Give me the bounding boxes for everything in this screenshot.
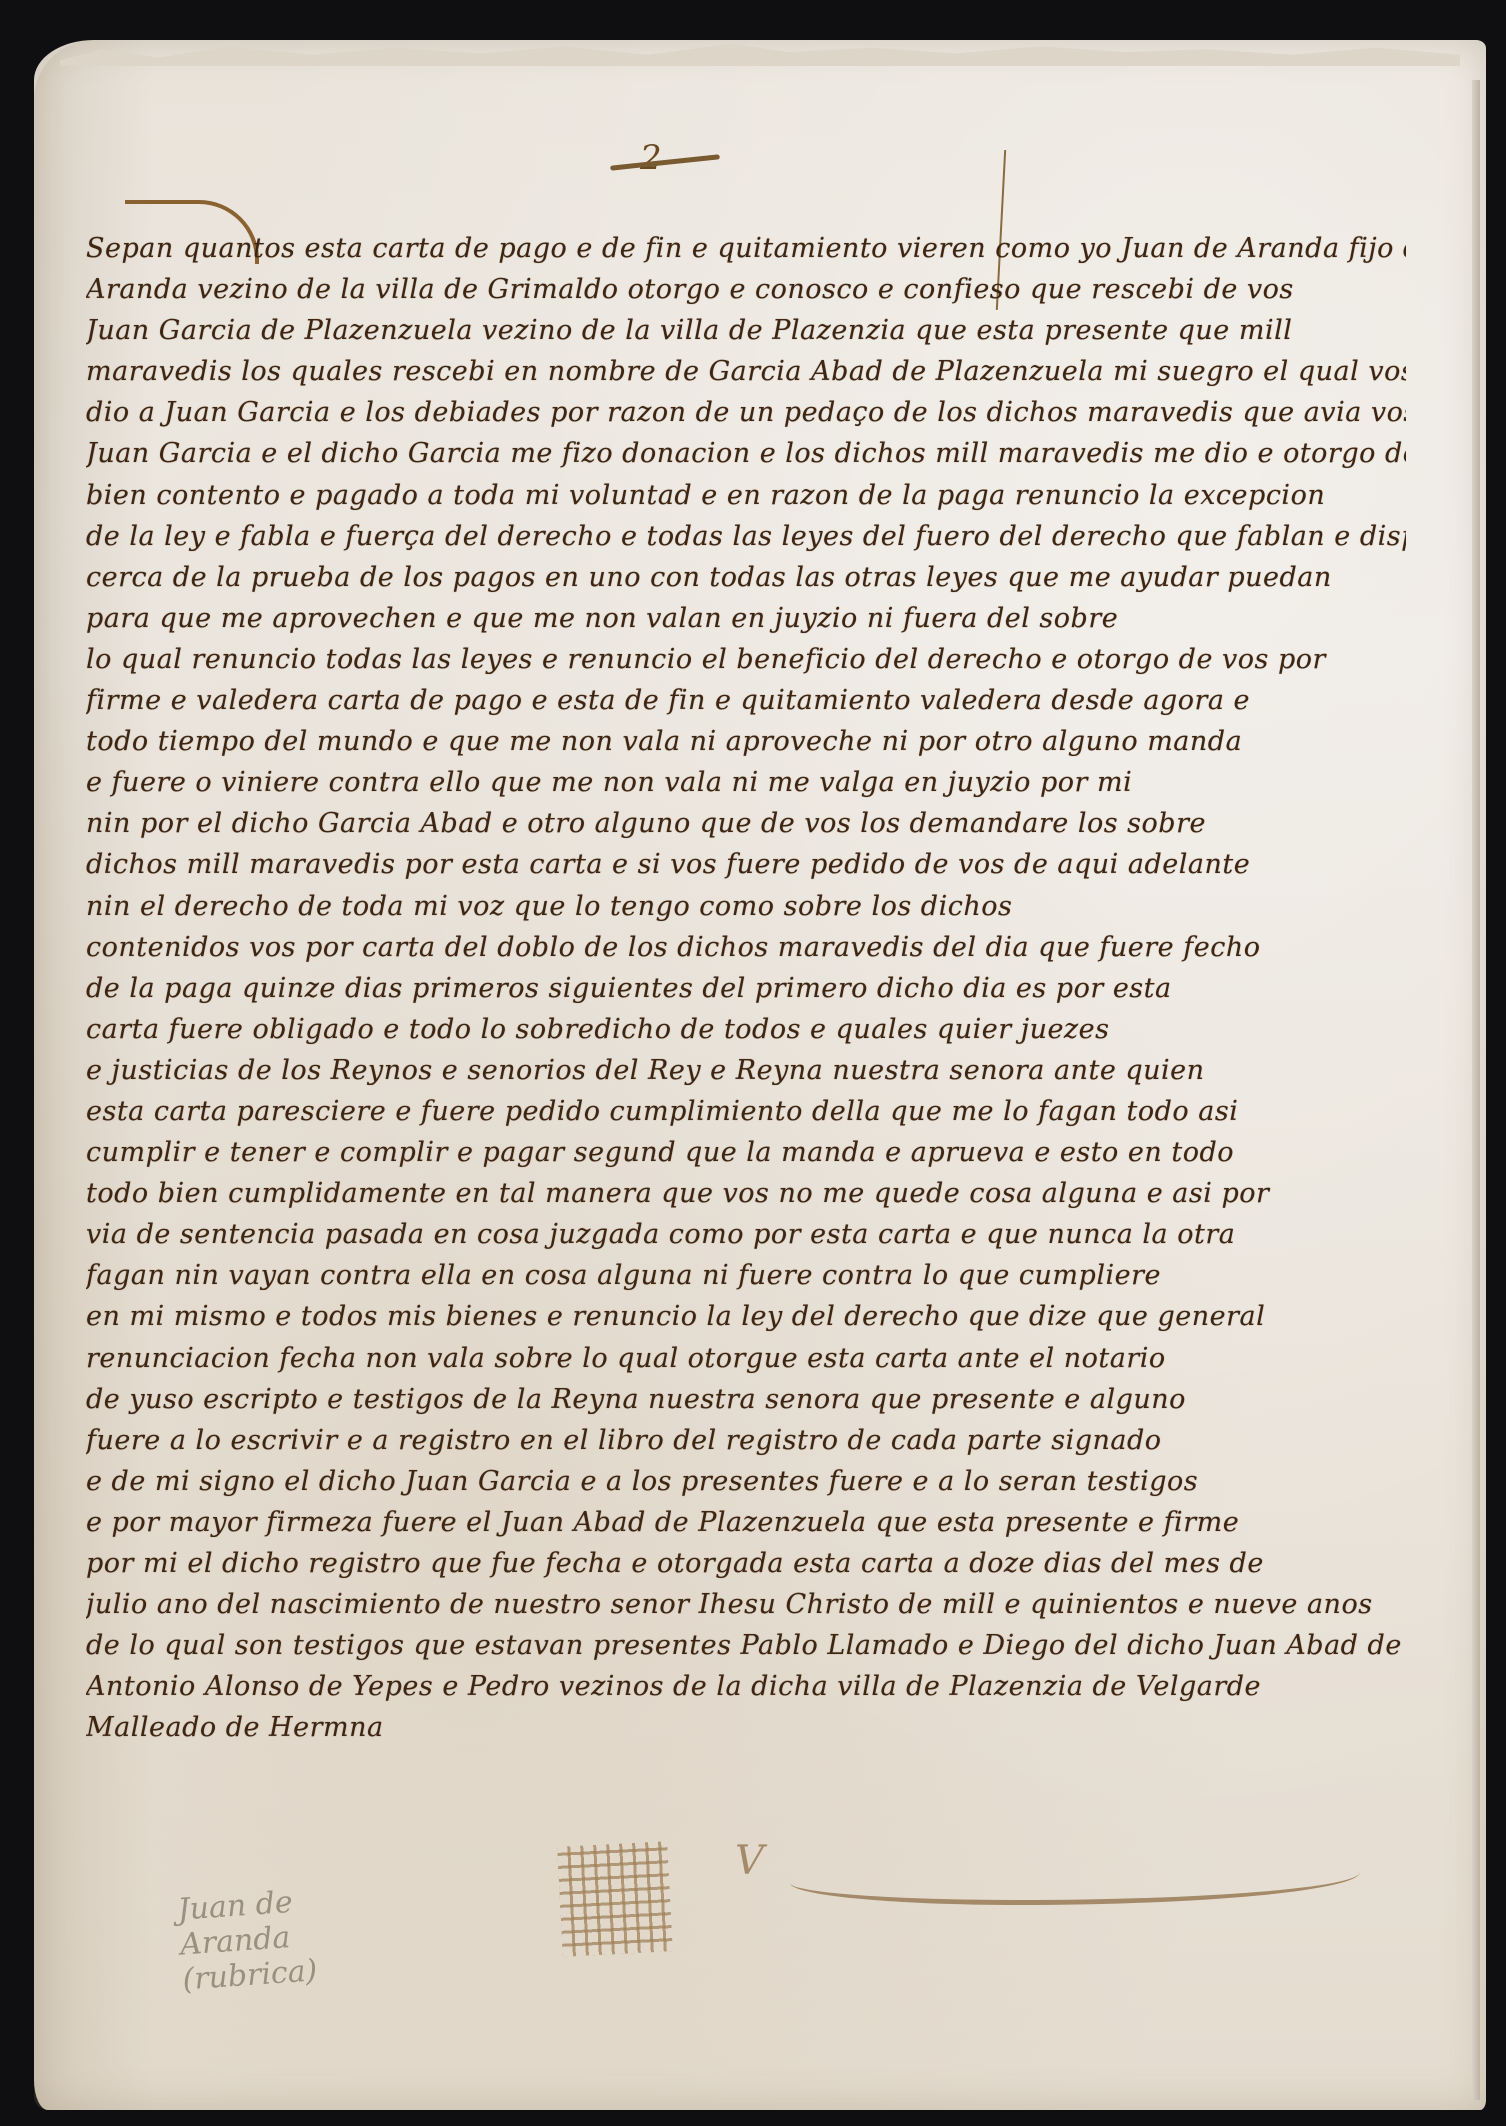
notarial-sign xyxy=(557,1841,673,1957)
manuscript-line: Juan Garcia de Plazenzuela vezino de la … xyxy=(86,310,1406,351)
manuscript-line: cerca de la prueba de los pagos en uno c… xyxy=(86,557,1406,598)
manuscript-line: e justicias de los Reynos e senorios del… xyxy=(86,1050,1406,1091)
manuscript-line: bien contento e pagado a toda mi volunta… xyxy=(86,475,1406,516)
manuscript-line: nin por el dicho Garcia Abad e otro algu… xyxy=(86,803,1406,844)
manuscript-line: cumplir e tener e complir e pagar segund… xyxy=(86,1132,1406,1173)
manuscript-line: renunciacion fecha non vala sobre lo qua… xyxy=(86,1338,1406,1379)
manuscript-line: dio a Juan Garcia e los debiades por raz… xyxy=(86,392,1406,433)
manuscript-line: esta carta paresciere e fuere pedido cum… xyxy=(86,1091,1406,1132)
manuscript-line: julio ano del nascimiento de nuestro sen… xyxy=(86,1584,1406,1625)
manuscript-line: en mi mismo e todos mis bienes e renunci… xyxy=(86,1296,1406,1337)
manuscript-line: de lo qual son testigos que estavan pres… xyxy=(86,1625,1406,1666)
manuscript-line: por mi el dicho registro que fue fecha e… xyxy=(86,1543,1406,1584)
manuscript-line: maravedis los quales rescebi en nombre d… xyxy=(86,351,1406,392)
manuscript-line: para que me aprovechen e que me non vala… xyxy=(86,598,1406,639)
manuscript-line: e fuere o viniere contra ello que me non… xyxy=(86,762,1406,803)
manuscript-line: lo qual renuncio todas las leyes e renun… xyxy=(86,639,1406,680)
manuscript-line: contenidos vos por carta del doblo de lo… xyxy=(86,927,1406,968)
manuscript-line: Aranda vezino de la villa de Grimaldo ot… xyxy=(86,269,1406,310)
manuscript-line: todo bien cumplidamente en tal manera qu… xyxy=(86,1173,1406,1214)
manuscript-line: dichos mill maravedis por esta carta e s… xyxy=(86,844,1406,885)
manuscript-line: de la ley e fabla e fuerça del derecho e… xyxy=(86,516,1406,557)
manuscript-text: Sepan quantos esta carta de pago e de fi… xyxy=(86,228,1406,1748)
manuscript-line: Juan Garcia e el dicho Garcia me fizo do… xyxy=(86,433,1406,474)
page-edge xyxy=(1472,80,1480,2100)
manuscript-line: e por mayor firmeza fuere el Juan Abad d… xyxy=(86,1502,1406,1543)
manuscript-line: de la paga quinze dias primeros siguient… xyxy=(86,968,1406,1009)
manuscript-line: Malleado de Hermna xyxy=(86,1707,1406,1748)
manuscript-line: Antonio Alonso de Yepes e Pedro vezinos … xyxy=(86,1666,1406,1707)
manuscript-line: de yuso escripto e testigos de la Reyna … xyxy=(86,1379,1406,1420)
manuscript-line: nin el derecho de toda mi voz que lo ten… xyxy=(86,886,1406,927)
manuscript-line: carta fuere obligado e todo lo sobredich… xyxy=(86,1009,1406,1050)
manuscript-line: todo tiempo del mundo e que me non vala … xyxy=(86,721,1406,762)
manuscript-line: firme e valedera carta de pago e esta de… xyxy=(86,680,1406,721)
manuscript-line: via de sentencia pasada en cosa juzgada … xyxy=(86,1214,1406,1255)
manuscript-line: fagan nin vayan contra ella en cosa algu… xyxy=(86,1255,1406,1296)
manuscript-line: Sepan quantos esta carta de pago e de fi… xyxy=(86,228,1406,269)
manuscript-line: e de mi signo el dicho Juan Garcia e a l… xyxy=(86,1461,1406,1502)
closing-mark: V xyxy=(735,1838,764,1884)
folio-number: 2 xyxy=(640,138,662,178)
signature-rubric: Juan de Aranda (rubrica) xyxy=(177,1883,319,1997)
manuscript-line: fuere a lo escrivir e a registro en el l… xyxy=(86,1420,1406,1461)
